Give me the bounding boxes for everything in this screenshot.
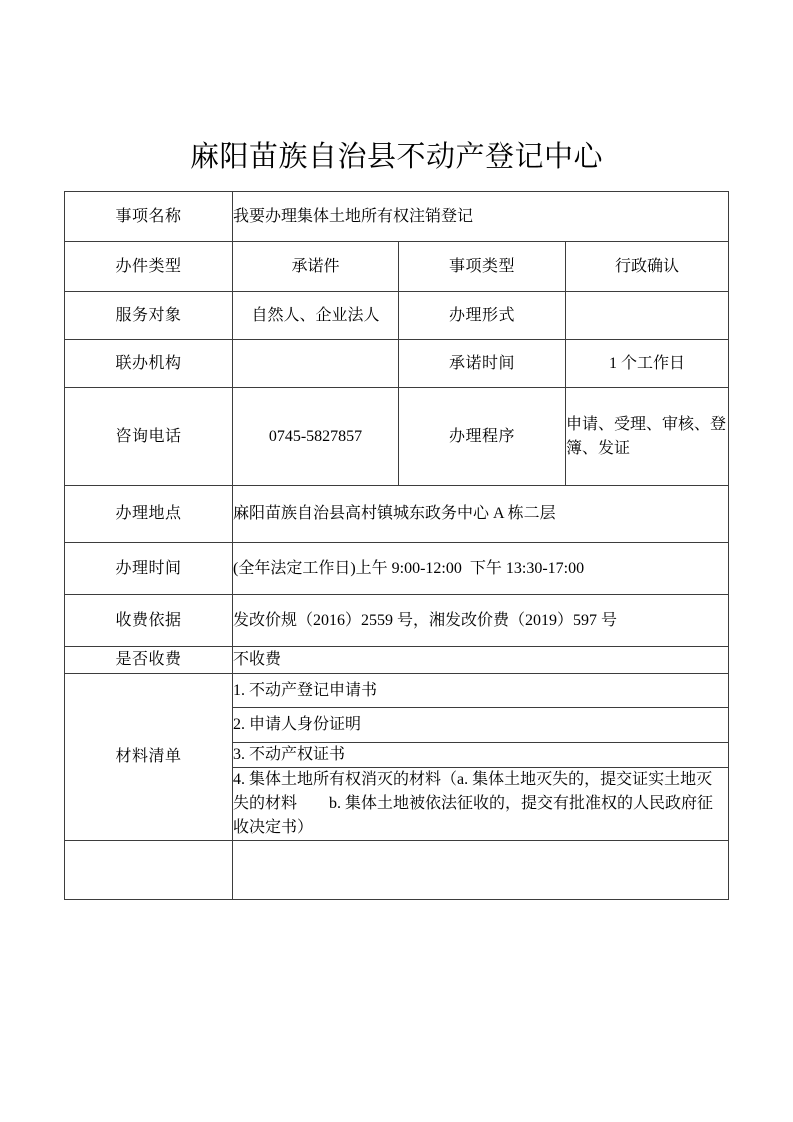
- joint-agency-value: [233, 340, 399, 388]
- service-fact-table: 事项名称 我要办理集体土地所有权注销登记 办件类型 承诺件 事项类型 行政确认 …: [64, 191, 729, 900]
- hours-label: 办理时间: [65, 543, 233, 595]
- fee-required-label: 是否收费: [65, 647, 233, 674]
- row-material-1: 材料清单 1. 不动产登记申请书: [65, 674, 729, 708]
- service-target-value: 自然人、企业法人: [233, 292, 399, 340]
- material-item-1: 1. 不动产登记申请书: [233, 674, 729, 708]
- materials-label: 材料清单: [65, 674, 233, 841]
- material-item-3: 3. 不动产权证书: [233, 743, 729, 768]
- handle-form-label: 办理形式: [399, 292, 566, 340]
- case-type-label: 办件类型: [65, 242, 233, 292]
- row-service-target: 服务对象 自然人、企业法人 办理形式: [65, 292, 729, 340]
- location-value: 麻阳苗族自治县高村镇城东政务中心 A 栋二层: [233, 486, 729, 543]
- fee-basis-label: 收费依据: [65, 595, 233, 647]
- phone-label: 咨询电话: [65, 388, 233, 486]
- row-case-type: 办件类型 承诺件 事项类型 行政确认: [65, 242, 729, 292]
- procedure-label: 办理程序: [399, 388, 566, 486]
- page-title: 麻阳苗族自治县不动产登记中心: [0, 138, 793, 176]
- procedure-value: 申请、受理、审核、登簿、发证: [566, 388, 729, 486]
- item-name-label: 事项名称: [65, 192, 233, 242]
- handle-form-value: [566, 292, 729, 340]
- promise-time-value: 1 个工作日: [566, 340, 729, 388]
- joint-agency-label: 联办机构: [65, 340, 233, 388]
- row-fee-basis: 收费依据 发改价规（2016）2559 号，湘发改价费（2019）597 号: [65, 595, 729, 647]
- footer-empty-label-cell: [65, 841, 233, 900]
- item-name-value: 我要办理集体土地所有权注销登记: [233, 192, 729, 242]
- phone-value: 0745-5827857: [233, 388, 399, 486]
- row-location: 办理地点 麻阳苗族自治县高村镇城东政务中心 A 栋二层: [65, 486, 729, 543]
- row-hours: 办理时间 (全年法定工作日)上午 9:00-12:00 下午 13:30-17:…: [65, 543, 729, 595]
- footer-empty-value-cell: [233, 841, 729, 900]
- matter-type-label: 事项类型: [399, 242, 566, 292]
- fee-required-value: 不收费: [233, 647, 729, 674]
- material-item-4: 4. 集体土地所有权消灭的材料（a. 集体土地灭失的，提交证实土地灭失的材料 b…: [233, 768, 729, 841]
- material-item-2: 2. 申请人身份证明: [233, 708, 729, 743]
- fee-basis-value: 发改价规（2016）2559 号，湘发改价费（2019）597 号: [233, 595, 729, 647]
- service-target-label: 服务对象: [65, 292, 233, 340]
- case-type-value: 承诺件: [233, 242, 399, 292]
- promise-time-label: 承诺时间: [399, 340, 566, 388]
- location-label: 办理地点: [65, 486, 233, 543]
- row-phone-procedure: 咨询电话 0745-5827857 办理程序 申请、受理、审核、登簿、发证: [65, 388, 729, 486]
- row-footer-empty: [65, 841, 729, 900]
- row-item-name: 事项名称 我要办理集体土地所有权注销登记: [65, 192, 729, 242]
- matter-type-value: 行政确认: [566, 242, 729, 292]
- row-joint-agency: 联办机构 承诺时间 1 个工作日: [65, 340, 729, 388]
- row-fee-required: 是否收费 不收费: [65, 647, 729, 674]
- hours-value: (全年法定工作日)上午 9:00-12:00 下午 13:30-17:00: [233, 543, 729, 595]
